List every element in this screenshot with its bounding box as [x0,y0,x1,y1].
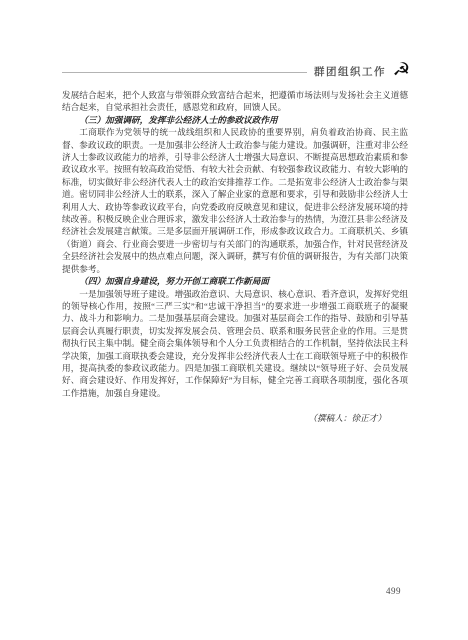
page-number: 499 [386,586,401,596]
body-paragraph: 工商联作为党领导的统一战线组织和人民政协的重要界别，肩负着政治协商、民主监督、参… [62,126,408,275]
body-paragraph: 发展结合起来，把个人致富与带领群众致富结合起来，把遵循市场法则与发扬社会主义道德… [62,89,408,114]
body-paragraph: 一是加强领导班子建设。增强政治意识、大局意识、核心意识、看齐意识，发挥好党组的领… [62,288,408,400]
page-header: 群团组织工作 ☭ [62,58,410,84]
section-header-label: 群团组织工作 [314,64,386,79]
document-page: 群团组织工作 ☭ 发展结合起来，把个人致富与带领群众致富结合起来，把遵循市场法则… [0,0,468,640]
section-heading: （四）加强自身建设，努力开创工商联工作新局面 [62,275,408,287]
page-content: 发展结合起来，把个人致富与带领群众致富结合起来，把遵循市场法则与发扬社会主义道德… [62,89,408,424]
party-emblem-icon: ☭ [392,59,412,80]
header-rule [62,72,307,73]
author-signature: （撰稿人：徐正才） [62,412,408,424]
section-heading: （三）加强调研，发挥非公经济人士的参政议政作用 [62,114,408,126]
